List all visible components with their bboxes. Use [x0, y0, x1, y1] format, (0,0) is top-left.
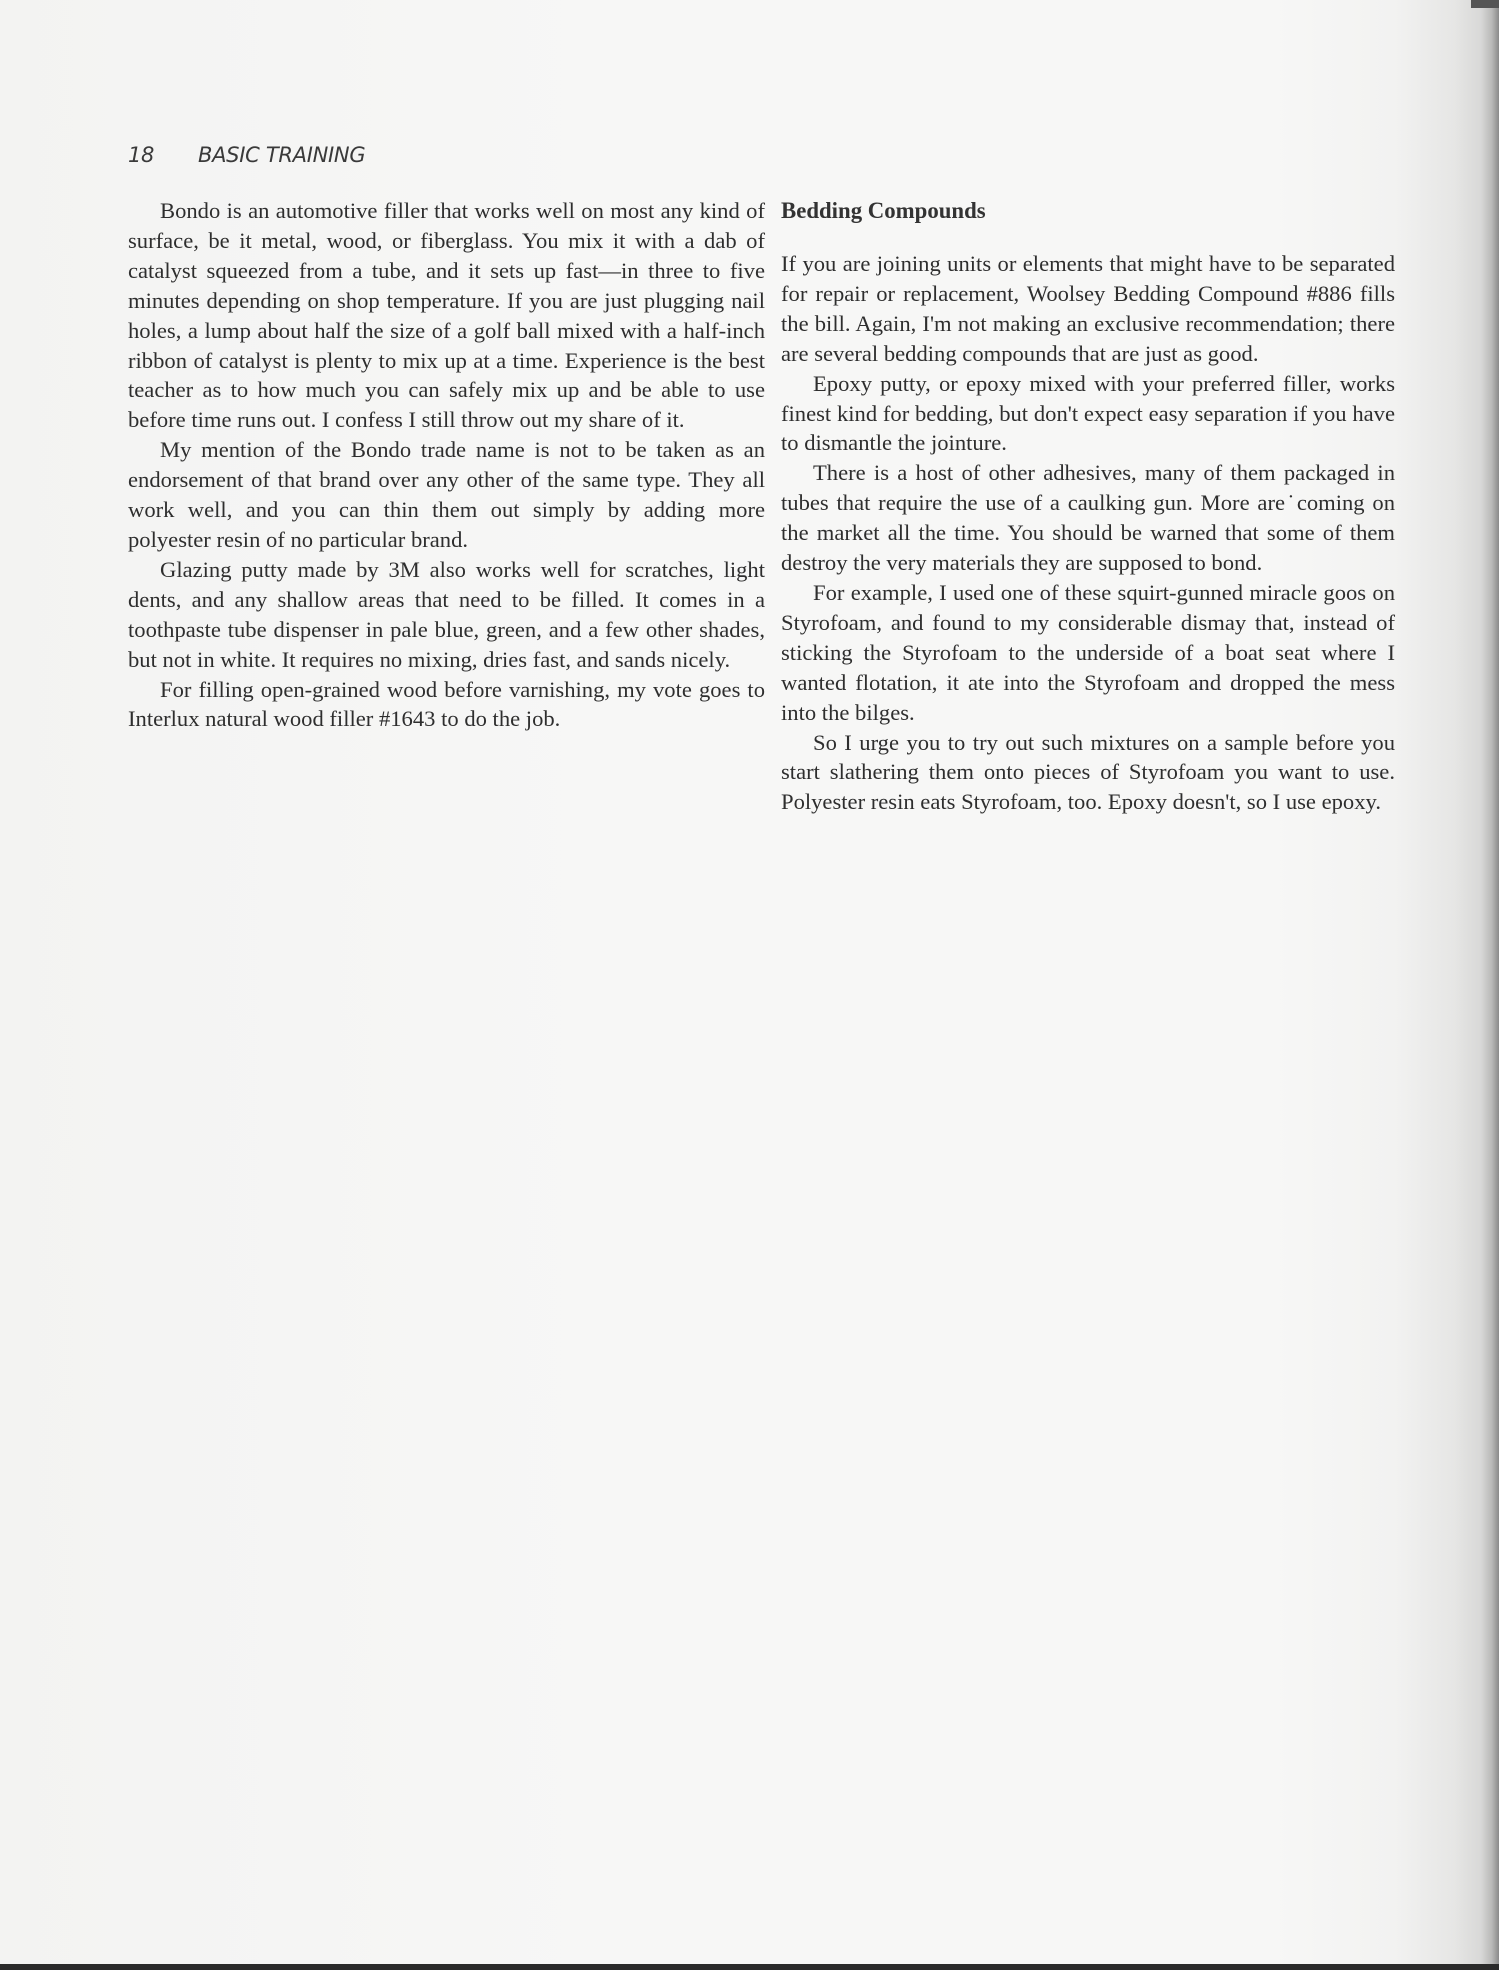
paragraph-example: For example, I used one of these squirt-… — [781, 578, 1395, 728]
paragraph-bedding-intro: If you are joining units or elements tha… — [781, 249, 1395, 369]
paragraph-trade-name: My mention of the Bondo trade name is no… — [128, 435, 765, 555]
paragraph-glazing-putty: Glazing putty made by 3M also works well… — [128, 555, 765, 675]
section-heading: Bedding Compounds — [781, 196, 1395, 226]
corner-shadow — [1471, 0, 1499, 8]
running-title: BASIC TRAINING — [198, 143, 365, 167]
paragraph-other-adhesives: There is a host of other adhesives, many… — [781, 458, 1395, 578]
page-number: 18 — [128, 143, 198, 167]
paragraph-wood-filler: For filling open-grained wood before var… — [128, 675, 765, 735]
running-head: 18BASIC TRAINING — [128, 143, 365, 167]
paragraph-epoxy-putty: Epoxy putty, or epoxy mixed with your pr… — [781, 369, 1395, 459]
right-text-column: Bedding Compounds If you are joining uni… — [781, 196, 1395, 817]
left-text-column: Bondo is an automotive filler that works… — [128, 196, 765, 734]
paragraph-recommendation: So I urge you to try out such mixtures o… — [781, 728, 1395, 818]
bottom-edge-shadow — [0, 1964, 1499, 1970]
paragraph-bondo: Bondo is an automotive filler that works… — [128, 196, 765, 435]
page-edge-shadow — [1481, 0, 1499, 1970]
book-page: 18BASIC TRAINING Bondo is an automotive … — [0, 0, 1499, 1970]
